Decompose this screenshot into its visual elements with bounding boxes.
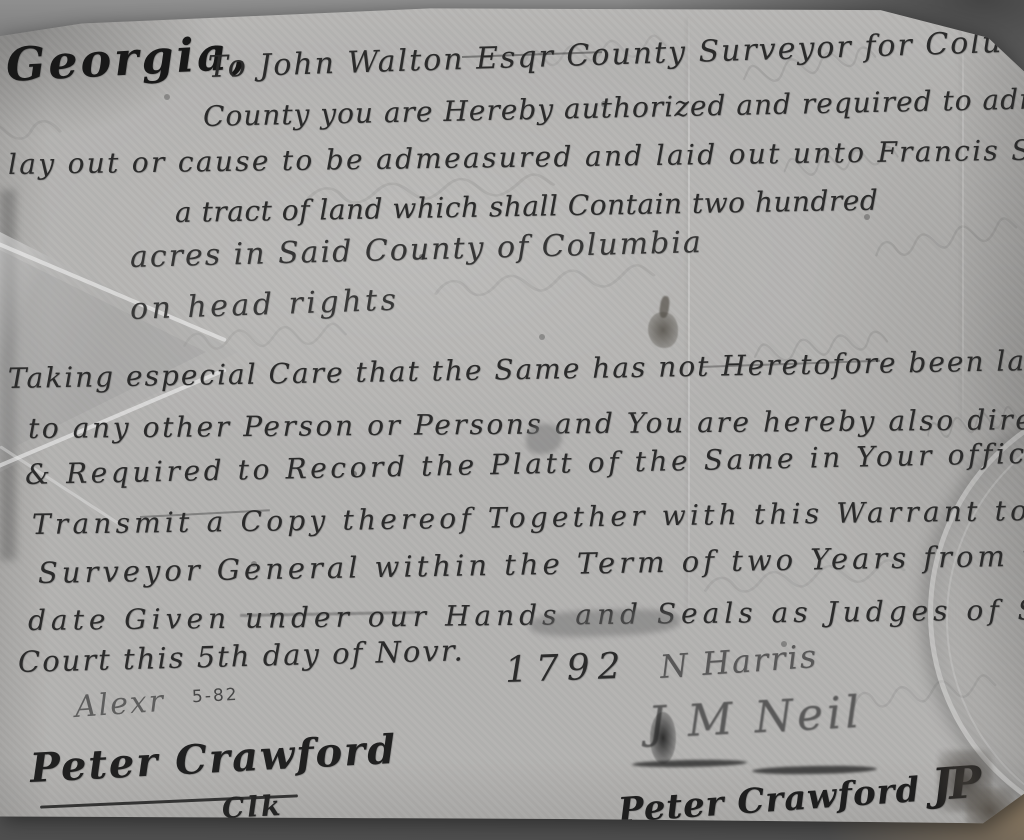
ink-stain bbox=[648, 312, 678, 348]
bleedthrough-ink bbox=[429, 262, 660, 302]
date-year: 1792 bbox=[504, 646, 629, 691]
ink-dots bbox=[0, 0, 4, 4]
ink-stain bbox=[966, 788, 1014, 834]
handwritten-line-13: Court this 5th day of Novr. bbox=[18, 633, 465, 679]
handwritten-line-9: & Required to Record the Platt of the Sa… bbox=[25, 436, 1024, 491]
paper-wrap: Georgia, To John Walton Esqr County Surv… bbox=[0, 0, 1024, 840]
ink-smear bbox=[632, 759, 747, 768]
handwritten-line-10: Transmit a Copy thereof Together with th… bbox=[32, 493, 1024, 541]
warrant-paper: Georgia, To John Walton Esqr County Surv… bbox=[0, 0, 1024, 840]
bleedthrough-ink bbox=[870, 214, 1022, 264]
scanned-document: Georgia, To John Walton Esqr County Surv… bbox=[0, 0, 1024, 840]
signature-judge-1: N Harris bbox=[659, 637, 820, 686]
justice-name: Peter Crawford bbox=[617, 770, 922, 831]
pencil-annotation: Alexr bbox=[74, 684, 167, 725]
handwritten-line-1: To John Walton Esqr County Surveyor for … bbox=[207, 22, 1024, 85]
handwritten-line-12: date Given under our Hands and Seals as … bbox=[28, 593, 1024, 637]
handwritten-line-3: lay out or cause to be admeasured and la… bbox=[8, 133, 1024, 181]
ink-blob bbox=[650, 712, 676, 764]
handwritten-line-4: a tract of land which shall Contain two … bbox=[175, 184, 879, 229]
clerk-title: Clk bbox=[221, 789, 284, 825]
signature-clerk: Peter Crawford bbox=[29, 726, 399, 792]
archival-number: 5-82 bbox=[192, 685, 240, 707]
handwritten-line-6: on head rights bbox=[129, 283, 400, 327]
signature-judge-2: J M Neil bbox=[647, 687, 865, 749]
handwritten-line-2: County you are Hereby authorized and req… bbox=[203, 80, 1024, 133]
